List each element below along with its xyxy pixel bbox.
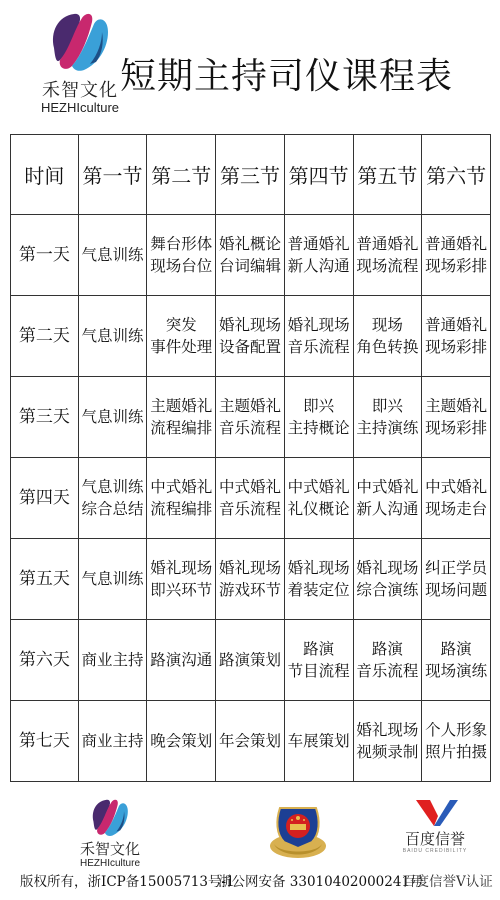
course-cell: 气息训练综合总结 bbox=[78, 458, 147, 539]
course-cell: 即兴主持演练 bbox=[353, 377, 422, 458]
course-cell: 个人形象照片拍摄 bbox=[422, 701, 491, 782]
table-row: 第四天气息训练综合总结中式婚礼流程编排中式婚礼音乐流程中式婚礼礼仪概论中式婚礼新… bbox=[11, 458, 491, 539]
course-cell: 路演沟通 bbox=[147, 620, 216, 701]
course-cell: 主题婚礼音乐流程 bbox=[216, 377, 285, 458]
course-cell: 路演音乐流程 bbox=[353, 620, 422, 701]
course-text: 即兴环节 bbox=[147, 579, 215, 601]
course-text: 设备配置 bbox=[216, 336, 284, 358]
course-text: 婚礼现场 bbox=[285, 557, 353, 579]
course-text: 商业主持 bbox=[79, 649, 147, 671]
police-badge bbox=[266, 800, 330, 862]
course-cell: 中式婚礼礼仪概论 bbox=[284, 458, 353, 539]
course-text: 节目流程 bbox=[285, 660, 353, 682]
course-text: 主持概论 bbox=[285, 417, 353, 439]
course-text: 中式婚礼 bbox=[354, 476, 422, 498]
table-row: 第三天气息训练主题婚礼流程编排主题婚礼音乐流程即兴主持概论即兴主持演练主题婚礼现… bbox=[11, 377, 491, 458]
course-text: 现场演练 bbox=[422, 660, 490, 682]
day-label: 第四天 bbox=[11, 458, 79, 539]
course-text: 新人沟通 bbox=[285, 255, 353, 277]
course-cell: 路演节目流程 bbox=[284, 620, 353, 701]
course-text: 现场走台 bbox=[422, 498, 490, 520]
day-label: 第七天 bbox=[11, 701, 79, 782]
course-cell: 路演策划 bbox=[216, 620, 285, 701]
table-header-row: 时间 第一节 第二节 第三节 第四节 第五节 第六节 bbox=[11, 135, 491, 215]
course-text: 婚礼现场 bbox=[216, 557, 284, 579]
course-text: 现场彩排 bbox=[422, 255, 490, 277]
course-text: 中式婚礼 bbox=[216, 476, 284, 498]
column-header-session-3: 第三节 bbox=[216, 135, 285, 215]
course-text: 普通婚礼 bbox=[285, 233, 353, 255]
course-text: 流程编排 bbox=[147, 417, 215, 439]
course-text: 车展策划 bbox=[285, 730, 353, 752]
course-cell: 婚礼概论台词编辑 bbox=[216, 215, 285, 296]
course-cell: 气息训练 bbox=[78, 377, 147, 458]
course-cell: 气息训练 bbox=[78, 539, 147, 620]
course-text: 主题婚礼 bbox=[147, 395, 215, 417]
course-text: 综合演练 bbox=[354, 579, 422, 601]
course-text: 婚礼概论 bbox=[216, 233, 284, 255]
course-text: 气息训练 bbox=[79, 325, 147, 347]
course-text: 现场 bbox=[354, 314, 422, 336]
course-text: 婚礼现场 bbox=[285, 314, 353, 336]
course-text: 现场台位 bbox=[147, 255, 215, 277]
course-cell: 中式婚礼现场走台 bbox=[422, 458, 491, 539]
baidu-logo-english: BAIDU CREDIBILITY bbox=[400, 848, 470, 854]
day-label: 第六天 bbox=[11, 620, 79, 701]
course-cell: 年会策划 bbox=[216, 701, 285, 782]
day-label: 第一天 bbox=[11, 215, 79, 296]
course-text: 普通婚礼 bbox=[422, 314, 490, 336]
course-text: 中式婚礼 bbox=[422, 476, 490, 498]
hezhi-logo-icon bbox=[46, 8, 114, 74]
course-text: 中式婚礼 bbox=[285, 476, 353, 498]
police-emblem-icon bbox=[266, 800, 330, 862]
day-label: 第二天 bbox=[11, 296, 79, 377]
course-cell: 晚会策划 bbox=[147, 701, 216, 782]
course-text: 气息训练 bbox=[79, 406, 147, 428]
table-row: 第七天商业主持晚会策划年会策划车展策划婚礼现场视频录制个人形象照片拍摄 bbox=[11, 701, 491, 782]
course-text: 事件处理 bbox=[147, 336, 215, 358]
course-text: 年会策划 bbox=[216, 730, 284, 752]
day-label: 第五天 bbox=[11, 539, 79, 620]
course-text: 商业主持 bbox=[79, 730, 147, 752]
footer-brand-logo: 禾智文化 HEZHIculture bbox=[70, 796, 150, 870]
course-cell: 中式婚礼流程编排 bbox=[147, 458, 216, 539]
course-text: 主题婚礼 bbox=[216, 395, 284, 417]
course-text: 个人形象 bbox=[422, 719, 490, 741]
course-cell: 婚礼现场视频录制 bbox=[353, 701, 422, 782]
column-header-session-6: 第六节 bbox=[422, 135, 491, 215]
course-cell: 商业主持 bbox=[78, 701, 147, 782]
course-text: 纠正学员 bbox=[422, 557, 490, 579]
course-text: 路演沟通 bbox=[147, 649, 215, 671]
course-text: 礼仪概论 bbox=[285, 498, 353, 520]
course-text: 路演 bbox=[354, 638, 422, 660]
course-cell: 中式婚礼新人沟通 bbox=[353, 458, 422, 539]
course-text: 晚会策划 bbox=[147, 730, 215, 752]
course-text: 路演 bbox=[285, 638, 353, 660]
table-row: 第二天气息训练突发事件处理婚礼现场设备配置婚礼现场音乐流程现场角色转换普通婚礼现… bbox=[11, 296, 491, 377]
course-cell: 气息训练 bbox=[78, 296, 147, 377]
column-header-session-4: 第四节 bbox=[284, 135, 353, 215]
column-header-session-2: 第二节 bbox=[147, 135, 216, 215]
column-header-session-5: 第五节 bbox=[353, 135, 422, 215]
course-text: 婚礼现场 bbox=[147, 557, 215, 579]
course-cell: 舞台形体现场台位 bbox=[147, 215, 216, 296]
course-text: 着装定位 bbox=[285, 579, 353, 601]
course-cell: 普通婚礼现场彩排 bbox=[422, 296, 491, 377]
course-cell: 纠正学员现场问题 bbox=[422, 539, 491, 620]
course-text: 音乐流程 bbox=[354, 660, 422, 682]
course-text: 婚礼现场 bbox=[216, 314, 284, 336]
course-text: 突发 bbox=[147, 314, 215, 336]
page-header: 禾智文化 HEZHIculture 短期主持司仪课程表 bbox=[0, 0, 500, 130]
course-text: 路演 bbox=[422, 638, 490, 660]
hezhi-logo-icon bbox=[88, 796, 132, 838]
course-text: 视频录制 bbox=[354, 741, 422, 763]
logo-english-name: HEZHIculture bbox=[30, 100, 130, 115]
baidu-v-icon bbox=[400, 798, 470, 828]
course-cell: 普通婚礼现场流程 bbox=[353, 215, 422, 296]
course-text: 音乐流程 bbox=[285, 336, 353, 358]
day-label: 第三天 bbox=[11, 377, 79, 458]
column-header-time: 时间 bbox=[11, 135, 79, 215]
course-cell: 商业主持 bbox=[78, 620, 147, 701]
course-text: 新人沟通 bbox=[354, 498, 422, 520]
page-footer: 禾智文化 HEZHIculture 百度信誉 BAIDU CREDIBILITY… bbox=[0, 790, 500, 900]
course-text: 主持演练 bbox=[354, 417, 422, 439]
course-text: 综合总结 bbox=[79, 498, 147, 520]
column-header-session-1: 第一节 bbox=[78, 135, 147, 215]
baidu-credibility-badge: 百度信誉 BAIDU CREDIBILITY bbox=[400, 798, 470, 860]
course-text: 中式婚礼 bbox=[147, 476, 215, 498]
course-text: 现场彩排 bbox=[422, 417, 490, 439]
public-security-record-text: 浙公网安备 33010402000241号 bbox=[218, 870, 424, 890]
logo-chinese-name: 禾智文化 bbox=[30, 76, 130, 102]
footer-logo-english-name: HEZHIculture bbox=[70, 858, 150, 869]
course-cell: 车展策划 bbox=[284, 701, 353, 782]
course-cell: 普通婚礼现场彩排 bbox=[422, 215, 491, 296]
course-cell: 普通婚礼新人沟通 bbox=[284, 215, 353, 296]
course-cell: 突发事件处理 bbox=[147, 296, 216, 377]
footer-logo-chinese-name: 禾智文化 bbox=[70, 838, 150, 859]
course-cell: 气息训练 bbox=[78, 215, 147, 296]
course-text: 现场问题 bbox=[422, 579, 490, 601]
course-cell: 主题婚礼流程编排 bbox=[147, 377, 216, 458]
course-cell: 婚礼现场着装定位 bbox=[284, 539, 353, 620]
baidu-logo-chinese: 百度信誉 bbox=[400, 828, 470, 849]
course-text: 路演策划 bbox=[216, 649, 284, 671]
course-cell: 婚礼现场即兴环节 bbox=[147, 539, 216, 620]
course-cell: 现场角色转换 bbox=[353, 296, 422, 377]
course-text: 气息训练 bbox=[79, 244, 147, 266]
course-text: 音乐流程 bbox=[216, 498, 284, 520]
course-cell: 婚礼现场音乐流程 bbox=[284, 296, 353, 377]
table-row: 第六天商业主持路演沟通路演策划路演节目流程路演音乐流程路演现场演练 bbox=[11, 620, 491, 701]
course-text: 气息训练 bbox=[79, 476, 147, 498]
course-cell: 中式婚礼音乐流程 bbox=[216, 458, 285, 539]
course-cell: 路演现场演练 bbox=[422, 620, 491, 701]
course-text: 流程编排 bbox=[147, 498, 215, 520]
course-text: 台词编辑 bbox=[216, 255, 284, 277]
course-text: 婚礼现场 bbox=[354, 719, 422, 741]
course-text: 婚礼现场 bbox=[354, 557, 422, 579]
course-cell: 婚礼现场综合演练 bbox=[353, 539, 422, 620]
table-row: 第五天气息训练婚礼现场即兴环节婚礼现场游戏环节婚礼现场着装定位婚礼现场综合演练纠… bbox=[11, 539, 491, 620]
course-text: 照片拍摄 bbox=[422, 741, 490, 763]
course-text: 普通婚礼 bbox=[422, 233, 490, 255]
course-text: 游戏环节 bbox=[216, 579, 284, 601]
page-title: 短期主持司仪课程表 bbox=[120, 48, 453, 99]
course-cell: 婚礼现场游戏环节 bbox=[216, 539, 285, 620]
course-schedule-table: 时间 第一节 第二节 第三节 第四节 第五节 第六节 第一天气息训练舞台形体现场… bbox=[10, 134, 491, 782]
course-text: 舞台形体 bbox=[147, 233, 215, 255]
course-text: 即兴 bbox=[354, 395, 422, 417]
course-text: 即兴 bbox=[285, 395, 353, 417]
course-text: 音乐流程 bbox=[216, 417, 284, 439]
course-cell: 即兴主持概论 bbox=[284, 377, 353, 458]
course-text: 气息训练 bbox=[79, 568, 147, 590]
course-text: 普通婚礼 bbox=[354, 233, 422, 255]
course-cell: 主题婚礼现场彩排 bbox=[422, 377, 491, 458]
course-text: 现场流程 bbox=[354, 255, 422, 277]
course-text: 现场彩排 bbox=[422, 336, 490, 358]
course-cell: 婚礼现场设备配置 bbox=[216, 296, 285, 377]
table-row: 第一天气息训练舞台形体现场台位婚礼概论台词编辑普通婚礼新人沟通普通婚礼现场流程普… bbox=[11, 215, 491, 296]
brand-logo: 禾智文化 HEZHIculture bbox=[30, 8, 130, 116]
course-text: 角色转换 bbox=[354, 336, 422, 358]
course-text: 主题婚礼 bbox=[422, 395, 490, 417]
copyright-icp-text: 版权所有，浙ICP备15005713号-1 bbox=[20, 870, 235, 890]
baidu-verification-text: 百度信誉V认证 bbox=[402, 870, 493, 890]
